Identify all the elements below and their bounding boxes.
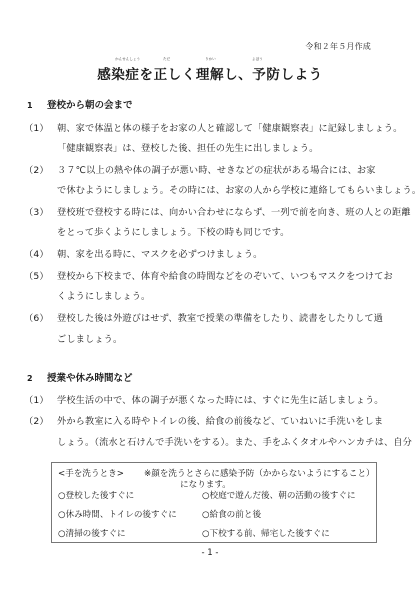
item-line: 登校した後は外遊びはせず、教室で授業の準備をしたり、読書をしたりして過: [57, 310, 383, 324]
section-heading: 2授業や休み時間など: [27, 370, 133, 384]
item-line: しょう。（流水と石けんで手洗いをする）。また、手をふくタオルやハンカチは、自分: [57, 434, 412, 448]
item-line: 朝、家を出る時に、マスクを必ずつけましょう。: [57, 246, 262, 260]
section-title: 登校から朝の会まで: [47, 100, 133, 111]
item-label: （3）: [24, 204, 49, 218]
handwash-box: <手を洗うとき> ※顔を洗うとさらに感染予防（かからないようにすること） になり…: [51, 462, 377, 543]
item-line: をとって歩くようにしましょう。下校の時も同じです。: [57, 224, 290, 238]
box-item-right: ○下校する前、帰宅した後すぐに: [202, 527, 330, 539]
item-line: 「健康観察表」は、登校した後、担任の先生に出しましょう。: [57, 140, 318, 154]
item-line: ３７℃以上の熱や体の調子が悪い時、せきなどの症状がある場合には、お家: [57, 162, 376, 176]
item-label: （5）: [24, 268, 49, 282]
section-number: 1: [27, 101, 47, 110]
box-note: ※顔を洗うとさらに感染予防（かからないようにすること）: [144, 467, 375, 479]
box-item-left: ○休み時間、トイレの後すぐに: [58, 508, 177, 520]
item-line: 朝、家で体温と体の様子をお家の人と確認して「健康観察表」に記録しましょう。: [57, 120, 403, 134]
box-heading: <手を洗うとき>: [58, 467, 124, 479]
item-line: ごしましょう。: [57, 331, 122, 345]
creation-date: 令和２年５月作成: [305, 41, 371, 52]
box-item-left: ○登校した後すぐに: [58, 489, 134, 501]
item-label: （4）: [24, 246, 49, 260]
title-furigana: よぼう: [252, 57, 263, 62]
item-line: 学校生活の中で、体の調子が悪くなった時には、すぐに先生に話しましょう。: [57, 392, 384, 406]
box-item-right: ○校庭で遊んだ後、朝の活動の後すぐに: [202, 489, 356, 501]
title-furigana: りかい: [205, 57, 216, 62]
page-number: - 1 -: [0, 548, 420, 558]
title-furigana: かんせんしょう: [115, 57, 140, 62]
item-label: （2）: [24, 162, 49, 176]
item-line: くようにしましょう。: [57, 288, 150, 302]
box-item-right: ○給食の前と後: [202, 508, 261, 520]
item-label: （1）: [24, 392, 49, 406]
item-label: （2）: [24, 413, 49, 427]
title-furigana: ただ: [163, 57, 170, 62]
section-heading: 1登校から朝の会まで: [27, 97, 133, 111]
item-line: 登校班で登校する時には、向かい合わせにならず、一列で前を向き、班の人との距離: [57, 204, 411, 218]
item-label: （1）: [24, 120, 49, 134]
box-item-left: ○清掃の後すぐに: [58, 527, 126, 539]
page-title: 感染症を正しく理解し、予防しよう: [0, 63, 420, 83]
section-number: 2: [27, 374, 47, 383]
item-line: で休むようにしましょう。その時には、お家の人から学校に連絡してもらいましょう。: [57, 182, 420, 196]
item-line: 登校から下校まで、体育や給食の時間などをのぞいて、いつもマスクをつけてお: [57, 268, 393, 282]
item-line: 外から教室に入る時やトイレの後、給食の前後など、ていねいに手洗いをしま: [57, 413, 383, 427]
section-title: 授業や休み時間など: [47, 373, 133, 384]
item-label: （6）: [24, 310, 49, 324]
